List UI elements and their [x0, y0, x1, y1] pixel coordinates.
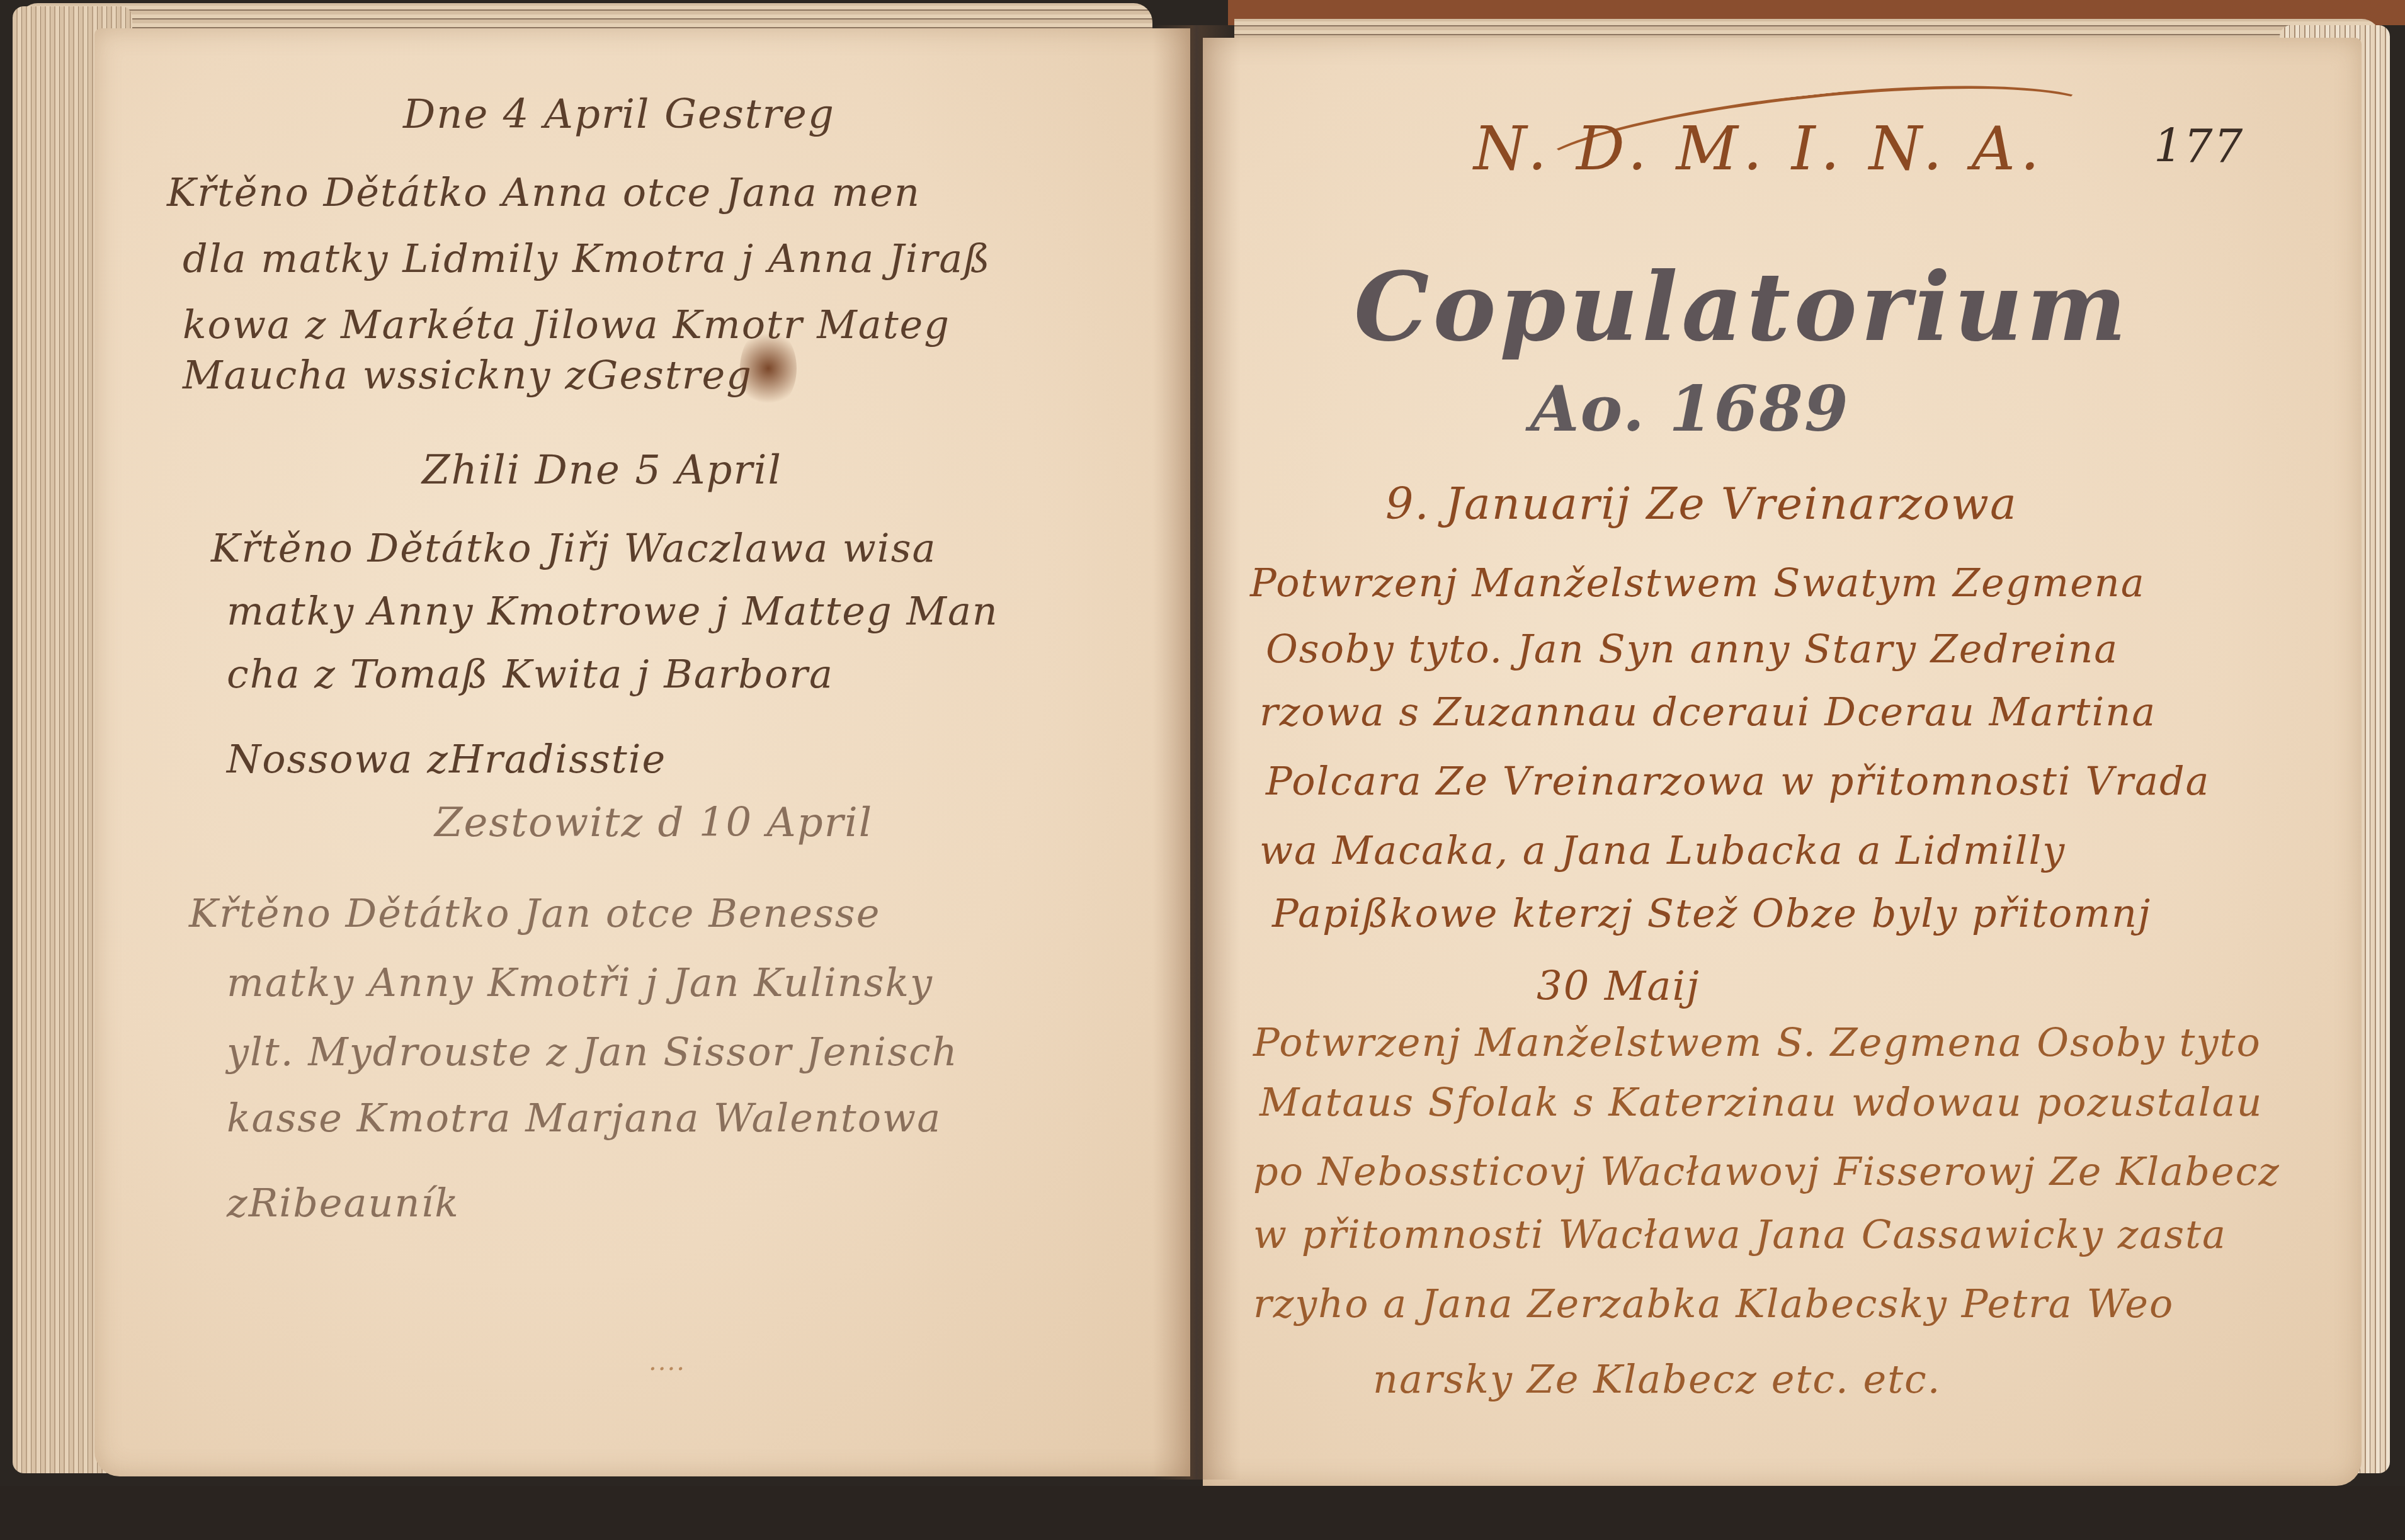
entry-line: wa Macaka, a Jana Lubacka a Lidmilly — [1259, 831, 2066, 870]
entry-line: Papißkowe kterzj Stež Obze byly přitomnj — [1272, 894, 2151, 933]
entry-line: kowa z Markéta Jilowa Kmotr Mateg — [183, 305, 950, 344]
entry-line: matky Anny Kmotrowe j Matteg Man — [227, 592, 999, 631]
entry-line: Potwrzenj Manželstwem S. Zegmena Osoby t… — [1253, 1023, 2261, 1062]
book-gutter — [1152, 25, 1241, 1480]
folio-number: 177 — [2154, 120, 2244, 173]
entry-line: rzowa s Zuzannau dceraui Dcerau Martina — [1259, 693, 2156, 732]
ink-blot — [740, 327, 797, 409]
entry-line: dla matky Lidmily Kmotra j Anna Jiraß — [183, 239, 991, 278]
entry-line: po Nebossticovj Wacławovj Fisserowj Ze K… — [1253, 1152, 2280, 1191]
entry-heading: Dne 4 April Gestreg — [403, 94, 835, 135]
entry-heading: Zhili Dne 5 April — [422, 450, 782, 490]
entry-line: Nossowa zHradisstie — [227, 740, 666, 779]
bottom-mark: .... — [649, 1347, 686, 1376]
page-title: Copulatorium — [1354, 252, 2130, 363]
entry-line: ylt. Mydrouste z Jan Sissor Jenisch — [227, 1033, 958, 1072]
entry-line: rzyho a Jana Zerzabka Klabecsky Petra We… — [1253, 1284, 2174, 1323]
entry-line: narsky Ze Klabecz etc. etc. — [1373, 1360, 1942, 1399]
entry-line: Mataus Sfolak s Katerzinau wdowau pozust… — [1259, 1083, 2263, 1122]
entry-line: Maucha wssickny zGestreg — [183, 356, 753, 395]
entry-heading: Zestowitz d 10 April — [435, 803, 873, 843]
entry-line: w přitomnosti Wacława Jana Cassawicky za… — [1253, 1215, 2227, 1254]
entry-line: matky Anny Kmotři j Jan Kulinsky — [227, 963, 933, 1002]
entry-line: Křtěno Dětátko Jan otce Benesse — [189, 894, 880, 933]
entry-line: Polcara Ze Vreinarzowa w přitomnosti Vra… — [1266, 762, 2210, 801]
entry-heading: 30 Maij — [1537, 966, 1700, 1007]
entry-line: Potwrzenj Manželstwem Swatym Zegmena — [1250, 563, 2146, 603]
entry-line: zRibeauník — [227, 1184, 460, 1223]
invocation: N. D. M. I. N. A. — [1474, 113, 2044, 184]
table-surface — [0, 1486, 2405, 1540]
entry-line: cha z Tomaß Kwita j Barbora — [227, 655, 834, 694]
entry-heading: 9. Januarij Ze Vreinarzowa — [1385, 482, 2018, 526]
register-year: Ao. 1689 — [1530, 371, 1849, 446]
entry-line: Osoby tyto. Jan Syn anny Stary Zedreina — [1266, 630, 2118, 669]
entry-line: Křtěno Dětátko Anna otce Jana men — [167, 173, 921, 212]
entry-line: Křtěno Dětátko Jiřj Waczlawa wisa — [211, 529, 936, 568]
entry-line: kasse Kmotra Marjana Walentowa — [227, 1099, 941, 1138]
